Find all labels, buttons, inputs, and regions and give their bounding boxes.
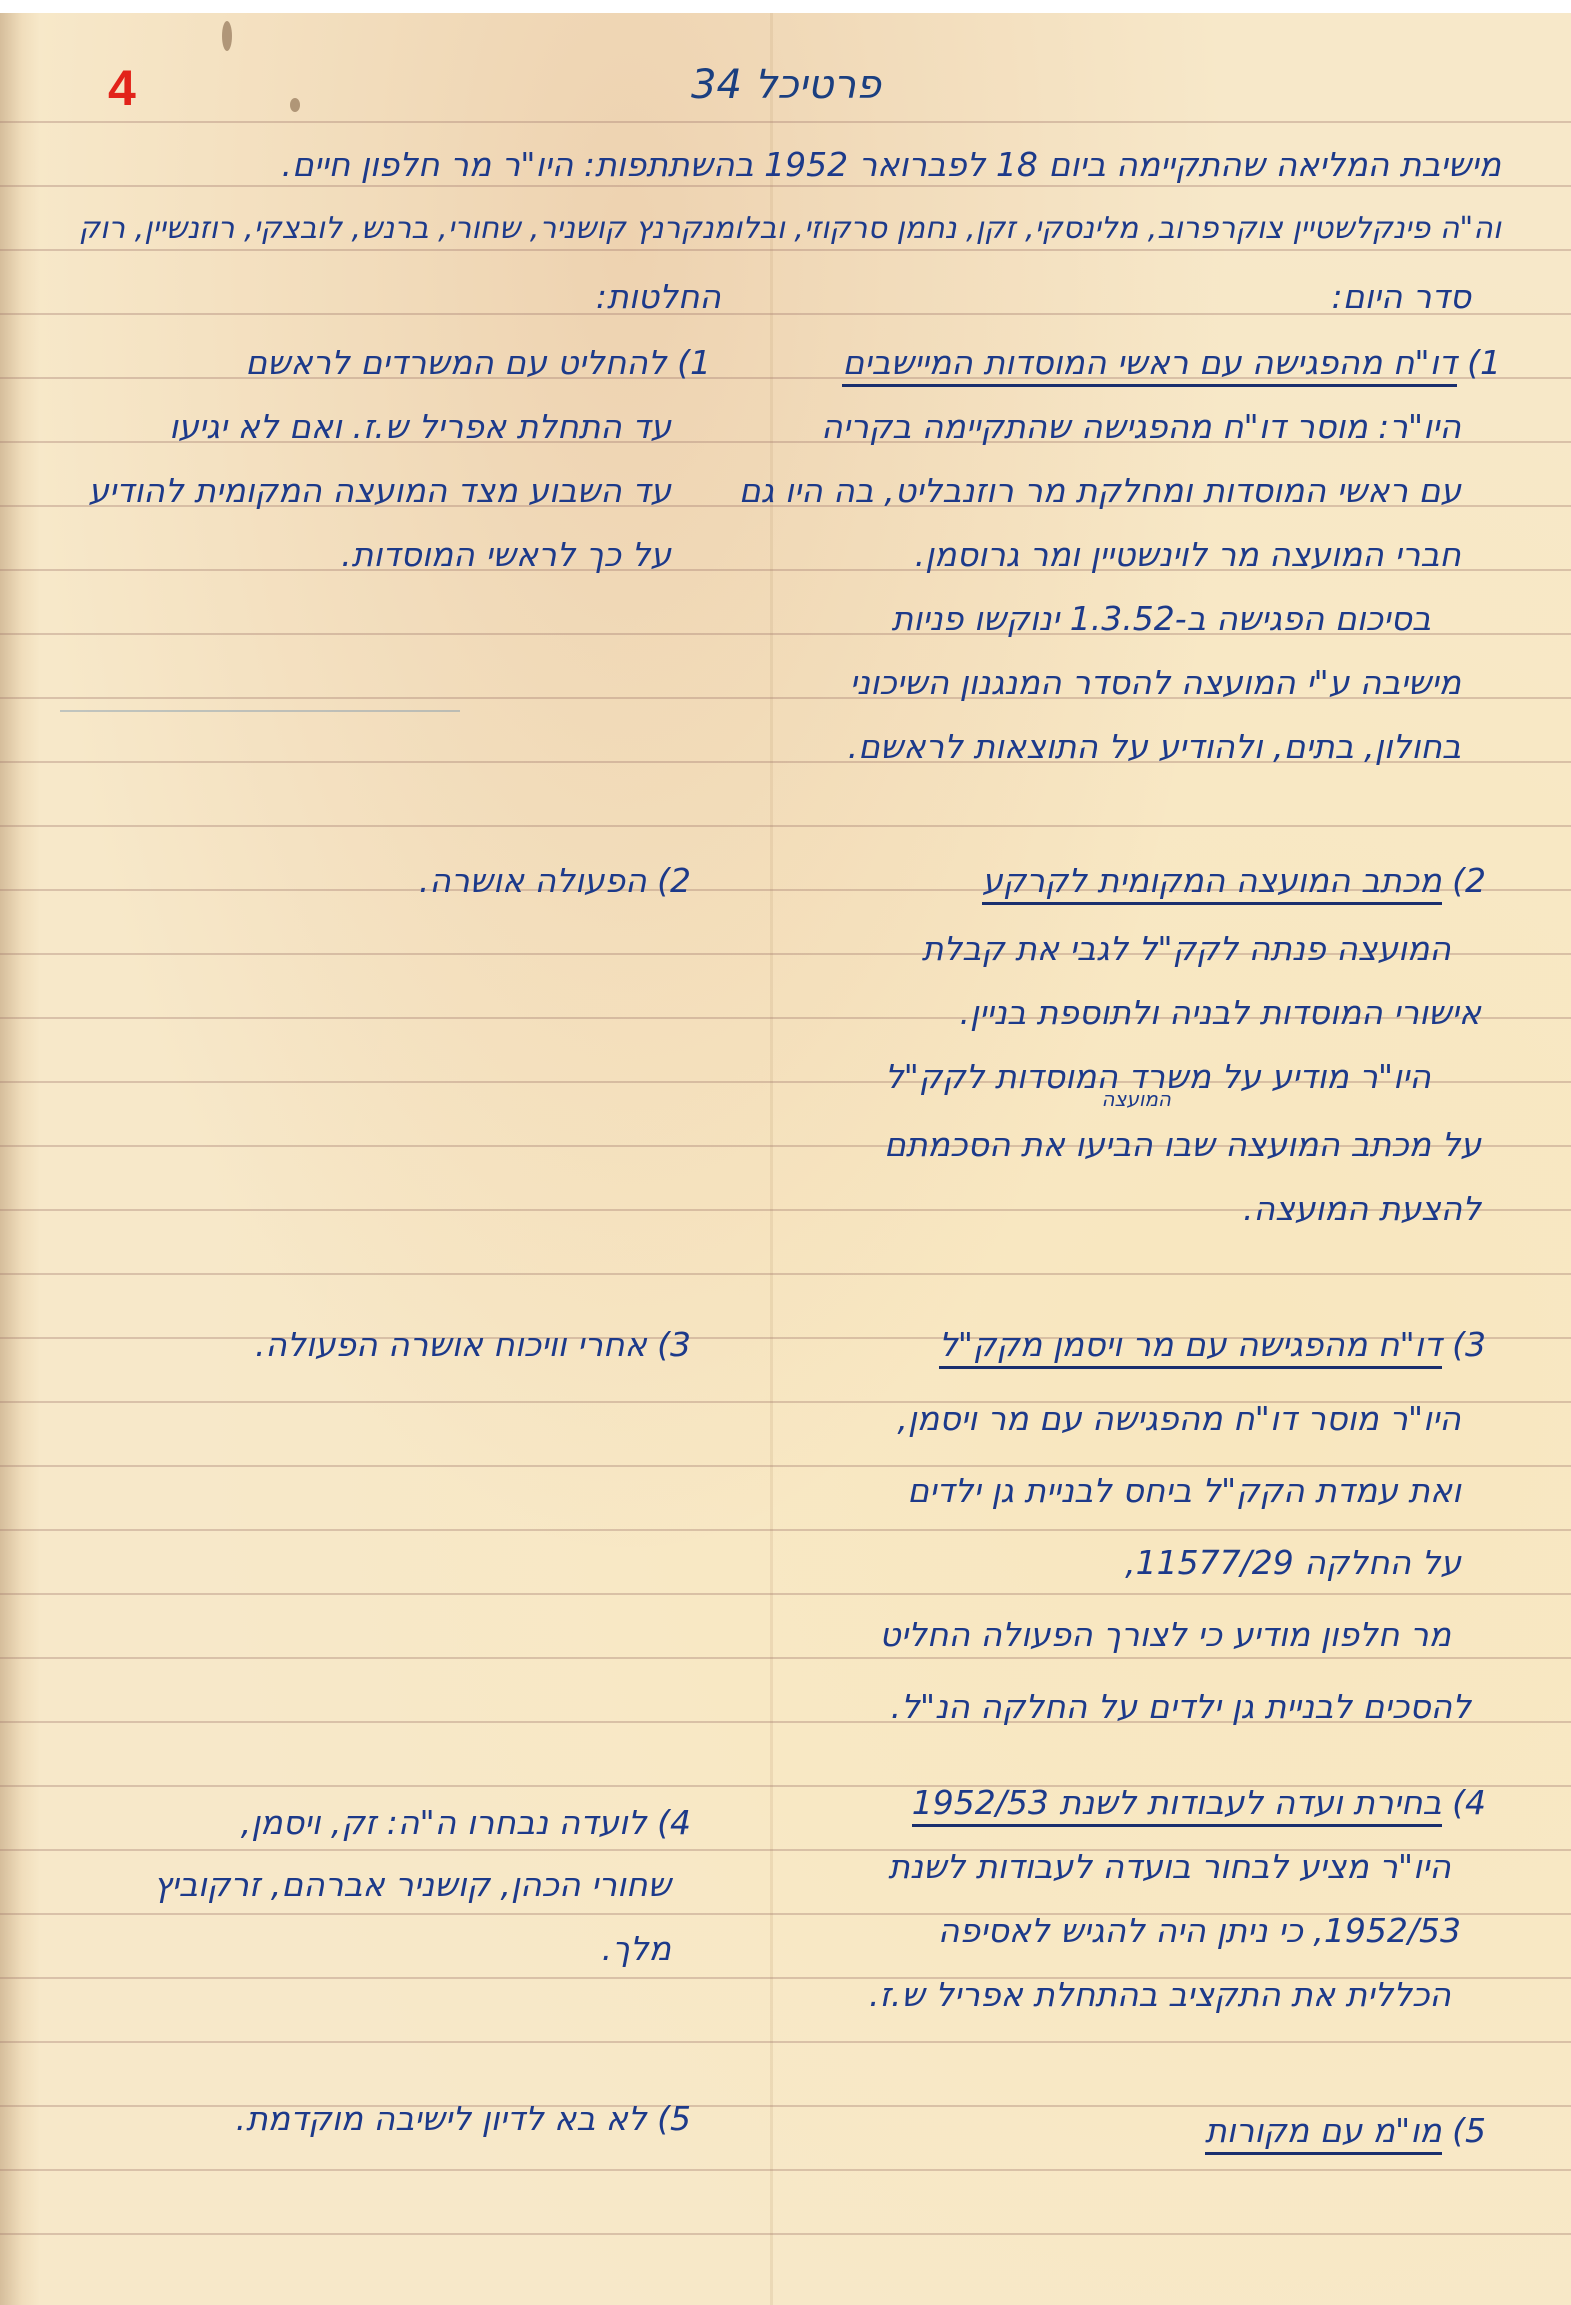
item-5-title: מו"מ עם מקורות xyxy=(1205,2111,1442,2155)
stain-mark xyxy=(222,21,232,51)
item-3-body-line: ואת עמדת הקק"ל ביחס לבניית גן ילדים xyxy=(907,1459,1461,1523)
item-1-body-line: עם ראשי המוסדות ומחלקת מר רוזנבליט, בה ה… xyxy=(739,459,1461,523)
item-2-body-line: המועצה פנתה לקק"ל לגבי את קבלת xyxy=(922,917,1451,981)
item-1-decision-line: על כך לראשי המוסדות. xyxy=(341,523,671,587)
item-1-number: 1) xyxy=(1467,343,1501,382)
ruled-line xyxy=(0,2169,1571,2171)
item-4-number: 4) xyxy=(1452,1783,1486,1822)
page-title: פרטיכל 34 xyxy=(691,53,881,117)
item-2-body-line: על מכתב המועצה שבו הביעו את הסכמתם xyxy=(884,1113,1481,1177)
decisions-label: החלטות: xyxy=(596,265,721,329)
ruled-line xyxy=(0,2233,1571,2235)
item-3-body-line: על החלקה 11577/29, xyxy=(1125,1531,1461,1595)
item-4-title: בחירת ועדה לעבודות לשנת 1952/53 xyxy=(912,1783,1442,1827)
item-3-decision-line: 3) אחרי וויכוח אושרה הפעולה. xyxy=(255,1313,691,1377)
item-3-heading: 3) דו"ח מהפגישה עם מר ויסמן מקק"ל xyxy=(939,1313,1486,1377)
item-2-title: מכתב המועצה המקומית לקרקע xyxy=(982,861,1442,905)
page-number: 4 xyxy=(108,63,136,113)
item-5-decision-line: 5) לא בא לדיון לישיבה מוקדמת. xyxy=(236,2087,691,2151)
item-2-heading: 2) מכתב המועצה המקומית לקרקע xyxy=(982,849,1486,913)
item-4-decision-line: מלך. xyxy=(602,1917,671,1981)
ruled-line xyxy=(0,825,1571,827)
item-2-body-line: אישורי המוסדות לבניה ולתוספת בניין. xyxy=(959,981,1481,1045)
item-1-body-line: היו"ר: מוסר דו"ח מהפגישה שהתקיימה בקריה xyxy=(821,395,1461,459)
item-3-number: 3) xyxy=(1452,1325,1486,1364)
agenda-label: סדר היום: xyxy=(1332,265,1472,329)
item-3-body-line: מר חלפון מודיע כי לצורך הפעולה החליט xyxy=(879,1603,1451,1667)
ruled-line xyxy=(0,2041,1571,2043)
item-4-body-line: היו"ר מציע לבחור בועדה לעבודות לשנת xyxy=(888,1835,1451,1899)
item-2-inserted-word: המועצה xyxy=(1101,1087,1171,1111)
attendees-line: וה"ה פינקלשטיין צוקרפרוב, מלינסקי, זקן, … xyxy=(79,197,1501,261)
faint-line xyxy=(60,710,460,712)
item-2-decision-line: 2) הפעולה אושרה. xyxy=(419,849,691,913)
item-1-body-line: בחולון, בתים, ולהודיע על התוצאות לראשם. xyxy=(848,715,1461,779)
item-4-decision-line: שחורי הכהן, קושניר אברהם, זרקוביץ xyxy=(154,1853,671,1917)
item-4-heading: 4) בחירת ועדה לעבודות לשנת 1952/53 xyxy=(912,1771,1486,1835)
item-3-body-line: להסכים לבניית גן ילדים על החלקה הנ"ל. xyxy=(891,1675,1471,1739)
item-1-body-line: בסיכום הפגישה ב-1.3.52 ינוקשו פניות xyxy=(892,587,1431,651)
page-fold xyxy=(770,13,773,2305)
ruled-line xyxy=(0,121,1571,123)
meeting-intro-line: מישיבת המליאה שהתקיימה ביום 18 לפברואר 1… xyxy=(281,133,1501,197)
item-1-heading: 1) דו"ח מהפגישה עם ראשי המוסדות המיישבים xyxy=(842,331,1501,395)
item-2-body-line: להצעת המועצה. xyxy=(1243,1177,1481,1241)
item-2-number: 2) xyxy=(1452,861,1486,900)
item-1-body-line: מישיבה ע"י המועצה להסדר המנגנון השיכוני xyxy=(850,651,1461,715)
item-1-decision-line: עד השבוע מצד המועצה המקומית להודיע xyxy=(88,459,671,523)
item-3-body-line: היו"ר מוסר דו"ח מהפגישה עם מר ויסמן, xyxy=(897,1387,1461,1451)
item-1-title: דו"ח מהפגישה עם ראשי המוסדות המיישבים xyxy=(842,343,1456,387)
item-5-heading: 5) מו"מ עם מקורות xyxy=(1205,2099,1486,2163)
item-4-body-line: הכללית את התקציב בהתחלת אפריל ש.ז. xyxy=(869,1963,1451,2027)
notebook-page: 4 פרטיכל 34 מישיבת המליאה שהתקיימה ביום … xyxy=(0,13,1571,2305)
item-3-title: דו"ח מהפגישה עם מר ויסמן מקק"ל xyxy=(939,1325,1442,1369)
item-1-decision-line: 1) להחליט עם המשרדים לראשם xyxy=(245,331,711,395)
item-5-number: 5) xyxy=(1452,2111,1486,2150)
item-4-decision-line: 4) לועדה נבחרו ה"ה: זק, ויסמן, xyxy=(241,1791,691,1855)
stain-mark xyxy=(290,98,300,112)
item-1-body-line: חברי המועצה מר לוינשטיין ומר גרוסמן. xyxy=(915,523,1461,587)
ruled-line xyxy=(0,1273,1571,1275)
item-4-body-line: 1952/53, כי ניתן היה להגיש לאסיפה xyxy=(938,1899,1461,1963)
item-1-decision-line: עד התחלת אפריל ש.ז. ואם לא יגיעו xyxy=(169,395,671,459)
